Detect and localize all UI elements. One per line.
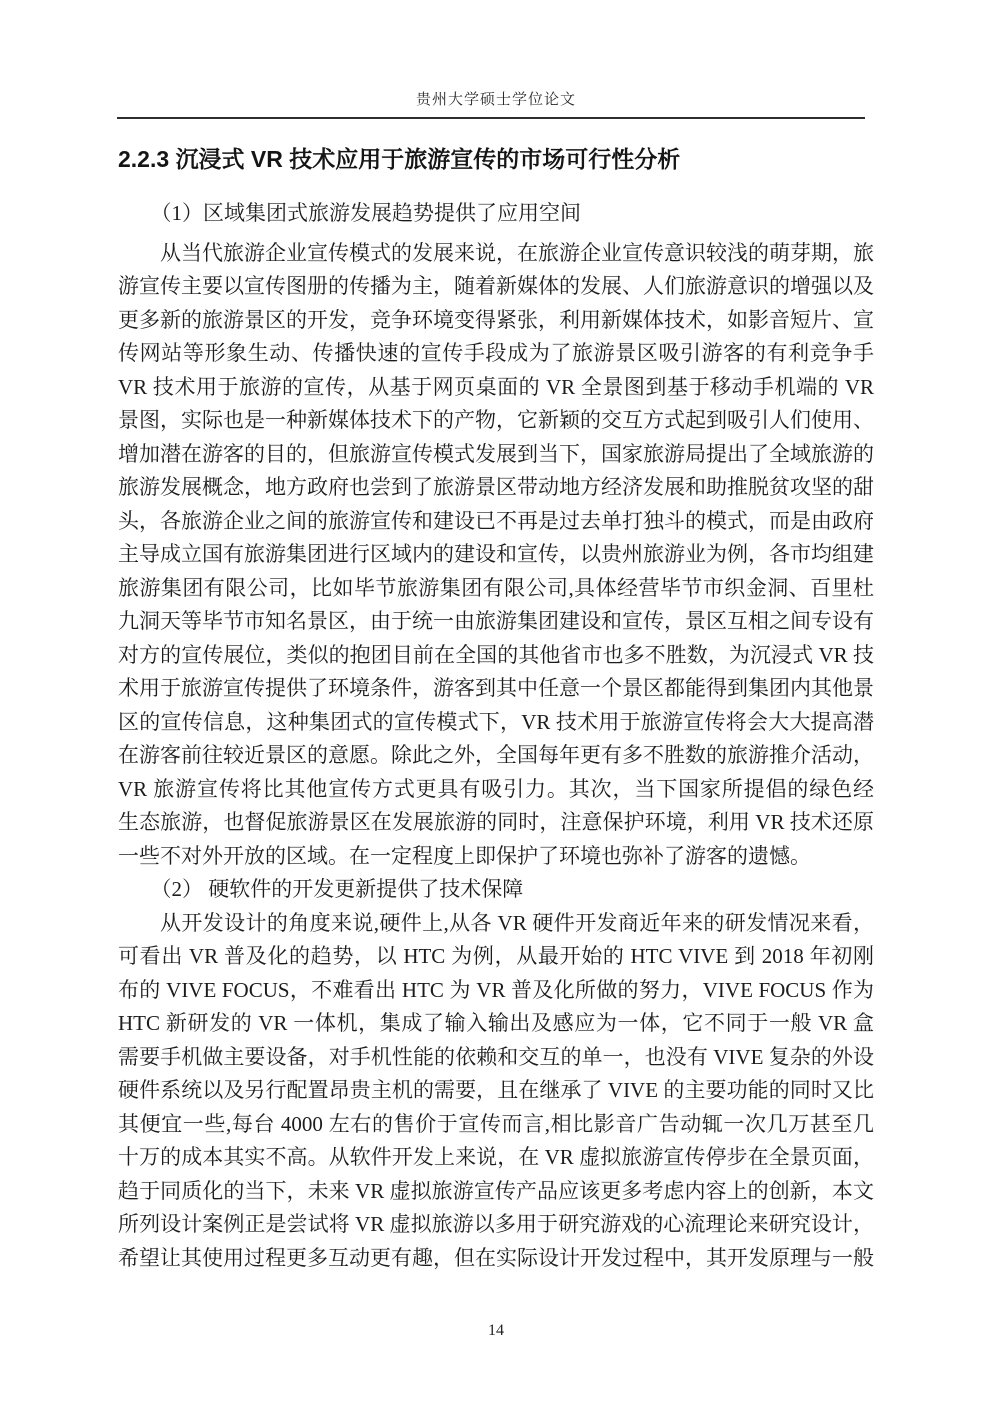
text-line: 从当代旅游企业宣传模式的发展来说，在旅游企业宣传意识较浅的萌芽期，旅 bbox=[118, 237, 874, 271]
paragraph-1: 从当代旅游企业宣传模式的发展来说，在旅游企业宣传意识较浅的萌芽期，旅 游宣传主要… bbox=[118, 237, 874, 874]
text-line: 十万的成本其实不高。从软件开发上来说，在 VR 虚拟旅游宣传停步在全景页面， bbox=[118, 1141, 874, 1175]
text-line: 游宣传主要以宣传图册的传播为主，随着新媒体的发展、人们旅游意识的增强以及 bbox=[118, 270, 874, 304]
text-line: 头，各旅游企业之间的旅游宣传和建设已不再是过去单打独斗的模式，而是由政府 bbox=[118, 505, 874, 539]
text-line: 硬件系统以及另行配置昂贵主机的需要，且在继承了 VIVE 的主要功能的同时又比 bbox=[118, 1074, 874, 1108]
text-line: 传网站等形象生动、传播快速的宣传手段成为了旅游景区吸引游客的有利竞争手段， bbox=[118, 337, 874, 371]
header-rule bbox=[117, 117, 865, 119]
text-line: 需要手机做主要设备，对手机性能的依赖和交互的单一，也没有 VIVE 复杂的外设 bbox=[118, 1041, 874, 1075]
section-heading: 2.2.3 沉浸式 VR 技术应用于旅游宣传的市场可行性分析 bbox=[118, 144, 898, 174]
text-line: HTC 新研发的 VR 一体机，集成了输入输出及感应为一体，它不同于一般 VR … bbox=[118, 1007, 874, 1041]
subitem-1-heading: （1）区域集团式旅游发展趋势提供了应用空间 bbox=[118, 197, 874, 231]
text-line: 主导成立国有旅游集团进行区域内的建设和宣传，以贵州旅游业为例，各市均组建 bbox=[118, 538, 874, 572]
text-line: 旅游集团有限公司，比如毕节旅游集团有限公司,具体经营毕节市织金洞、百里杜鹃、 bbox=[118, 572, 874, 606]
text-line: 生态旅游，也督促旅游景区在发展旅游的同时，注意保护环境，利用 VR 技术还原 bbox=[118, 806, 874, 840]
body-text: （1）区域集团式旅游发展趋势提供了应用空间 从当代旅游企业宣传模式的发展来说，在… bbox=[118, 197, 874, 1275]
text-line: VR 旅游宣传将比其他宣传方式更具有吸引力。其次，当下国家所提倡的绿色经济、 bbox=[118, 773, 874, 807]
paragraph-2: 从开发设计的角度来说,硬件上,从各 VR 硬件开发商近年来的研发情况来看， 可看… bbox=[118, 907, 874, 1276]
thesis-page: 贵州大学硕士学位论文 2.2.3 沉浸式 VR 技术应用于旅游宣传的市场可行性分… bbox=[0, 0, 1000, 1414]
text-line: 趋于同质化的当下，未来 VR 虚拟旅游宣传产品应该更多考虑内容上的创新，本文 bbox=[118, 1175, 874, 1209]
subitem-2-heading: （2） 硬软件的开发更新提供了技术保障 bbox=[118, 873, 874, 907]
text-line: 希望让其使用过程更多互动更有趣，但在实际设计开发过程中，其开发原理与一般 bbox=[118, 1242, 874, 1276]
text-line: 布的 VIVE FOCUS，不难看出 HTC 为 VR 普及化所做的努力，VIV… bbox=[118, 974, 874, 1008]
text-line: 其便宜一些,每台 4000 左右的售价于宣传而言,相比影音广告动辄一次几万甚至几 bbox=[118, 1108, 874, 1142]
text-line: 更多新的旅游景区的开发，竞争环境变得紧张，利用新媒体技术，如影音短片、宣 bbox=[118, 304, 874, 338]
text-line: 一些不对外开放的区域。在一定程度上即保护了环境也弥补了游客的遗憾。 bbox=[118, 840, 874, 874]
text-line: 可看出 VR 普及化的趋势，以 HTC 为例，从最开始的 HTC VIVE 到 … bbox=[118, 940, 874, 974]
text-line: 对方的宣传展位，类似的抱团目前在全国的其他省市也多不胜数，为沉浸式 VR 技 bbox=[118, 639, 874, 673]
text-line: VR 技术用于旅游的宣传，从基于网页桌面的 VR 全景图到基于移动手机端的 VR… bbox=[118, 371, 874, 405]
text-line: 在游客前往较近景区的意愿。除此之外，全国每年更有多不胜数的旅游推介活动， bbox=[118, 739, 874, 773]
text-line: 术用于旅游宣传提供了环境条件，游客到其中任意一个景区都能得到集团内其他景 bbox=[118, 672, 874, 706]
text-line: 景图，实际也是一种新媒体技术下的产物，它新颖的交互方式起到吸引人们使用、 bbox=[118, 404, 874, 438]
text-line: 区的宣传信息，这种集团式的宣传模式下，VR 技术用于旅游宣传将会大大提高潜 bbox=[118, 706, 874, 740]
text-line: 所列设计案例正是尝试将 VR 虚拟旅游以多用于研究游戏的心流理论来研究设计， bbox=[118, 1208, 874, 1242]
text-line: 旅游发展概念，地方政府也尝到了旅游景区带动地方经济发展和助推脱贫攻坚的甜 bbox=[118, 471, 874, 505]
page-number: 14 bbox=[118, 1322, 874, 1340]
running-header: 贵州大学硕士学位论文 bbox=[118, 90, 874, 110]
text-line: 九洞天等毕节市知名景区，由于统一由旅游集团建设和宣传，景区互相之间专设有 bbox=[118, 605, 874, 639]
text-line: 从开发设计的角度来说,硬件上,从各 VR 硬件开发商近年来的研发情况来看， bbox=[118, 907, 874, 941]
text-line: 增加潜在游客的目的，但旅游宣传模式发展到当下，国家旅游局提出了全域旅游的 bbox=[118, 438, 874, 472]
